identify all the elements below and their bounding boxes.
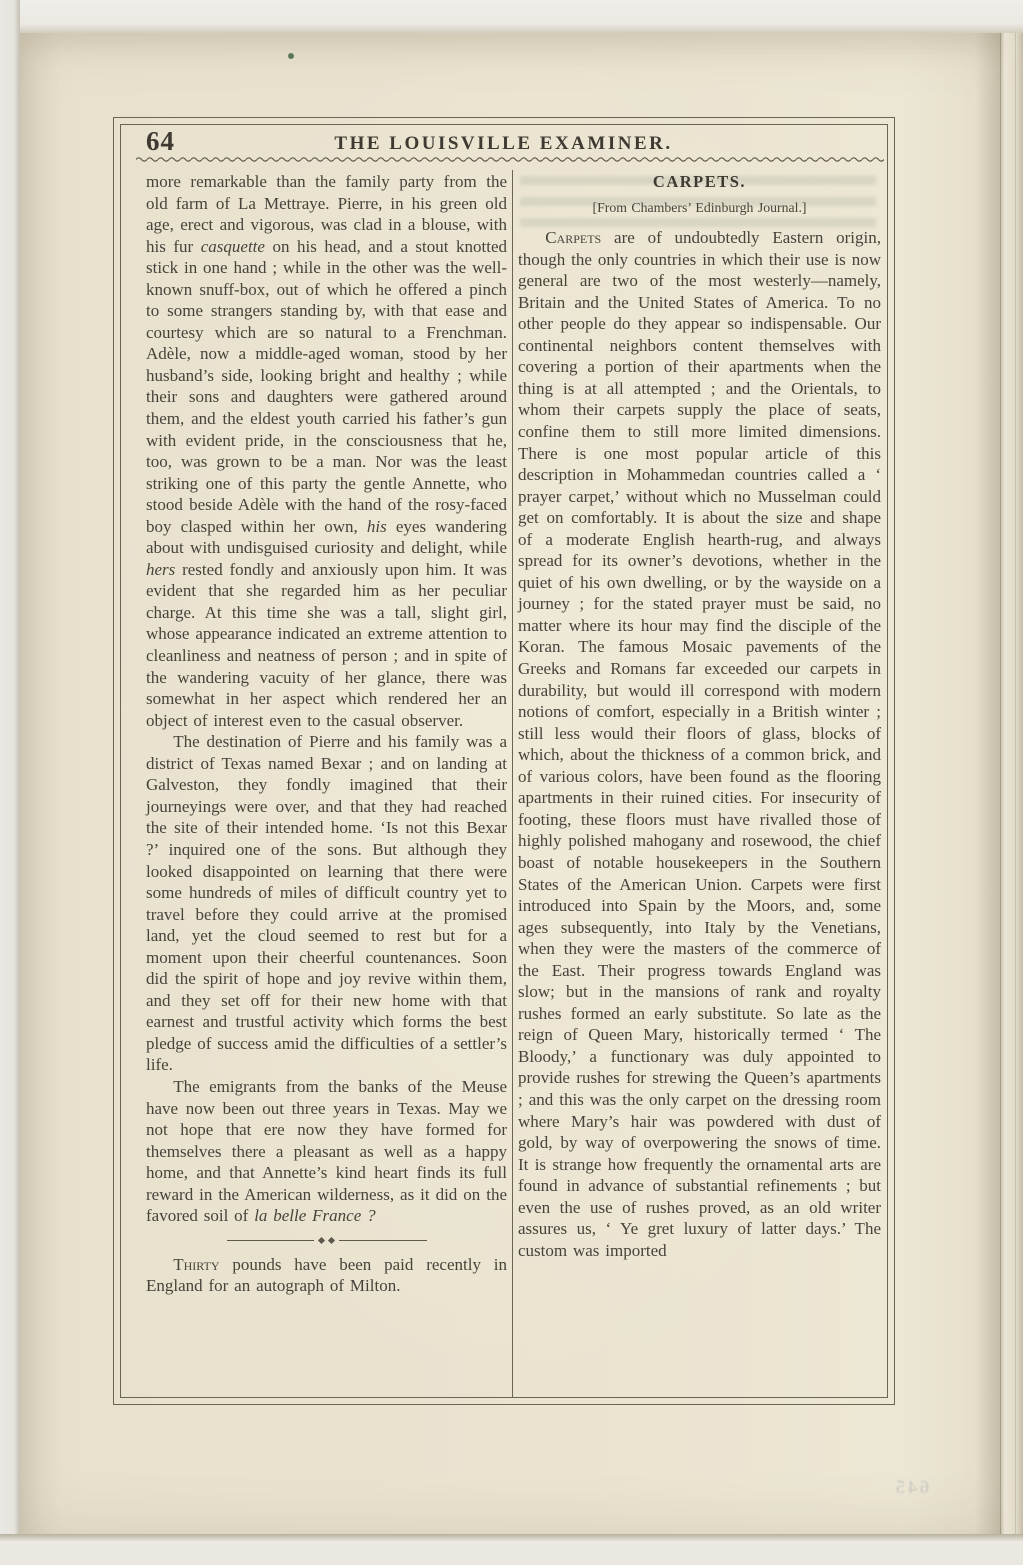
ink-speck	[288, 53, 294, 59]
paragraph: The destination of Pierre and his family…	[146, 731, 507, 1076]
small-caps-text: Carpets	[545, 228, 601, 247]
italic-text: hers	[146, 560, 175, 579]
scan-bed-left-strip	[0, 0, 20, 1565]
note-paragraph: Thirty pounds have been paid recently in…	[146, 1254, 507, 1297]
wavy-rule	[136, 155, 884, 164]
body-text: on his head, and a stout knotted stick i…	[146, 237, 507, 536]
ornament-diamond-icon	[318, 1237, 325, 1244]
body-text: The emigrants from the banks of the Meus…	[146, 1077, 507, 1225]
right-column: CARPETS. [From Chambers’ Edinburgh Journ…	[518, 171, 881, 1261]
small-caps-text: Thirty	[173, 1255, 219, 1274]
ornament-diamond-icon	[328, 1237, 335, 1244]
article-title: CARPETS.	[518, 171, 881, 193]
scan-bed-bottom-strip	[0, 1534, 1023, 1565]
scanned-newspaper-page: { "page": { "number": "64", "masthead": …	[0, 0, 1023, 1565]
body-text: The destination of Pierre and his family…	[146, 732, 507, 1074]
body-text: are of undoubtedly Eastern origin, thoug…	[518, 228, 881, 1260]
body-text: rested fondly and anxiously upon him. It…	[146, 560, 507, 730]
left-column-paragraphs: more remarkable than the family party fr…	[146, 171, 507, 1227]
italic-text: casquette	[201, 237, 265, 256]
right-column-paragraphs: Carpets are of undoubtedly Eastern origi…	[518, 227, 881, 1261]
article-source-line: [From Chambers’ Edinburgh Journal.]	[518, 197, 881, 219]
italic-text: la belle France ?	[254, 1206, 375, 1225]
italic-text: his	[367, 517, 387, 536]
ornament-line-right	[339, 1240, 427, 1241]
section-divider-ornament	[227, 1238, 427, 1243]
ornament-line-left	[227, 1240, 315, 1241]
paragraph: The emigrants from the banks of the Meus…	[146, 1076, 507, 1227]
show-through-page-number: 645	[893, 1477, 929, 1498]
page-edge-line	[1015, 33, 1016, 1534]
left-column: more remarkable than the family party fr…	[146, 171, 507, 1297]
paragraph: more remarkable than the family party fr…	[146, 171, 507, 731]
masthead-title: THE LOUISVILLE EXAMINER.	[113, 133, 894, 155]
paragraph: Carpets are of undoubtedly Eastern origi…	[518, 227, 881, 1261]
scan-bed-top-strip	[0, 0, 1023, 34]
page-fold-line	[1000, 33, 1001, 1534]
column-divider	[512, 170, 513, 1397]
